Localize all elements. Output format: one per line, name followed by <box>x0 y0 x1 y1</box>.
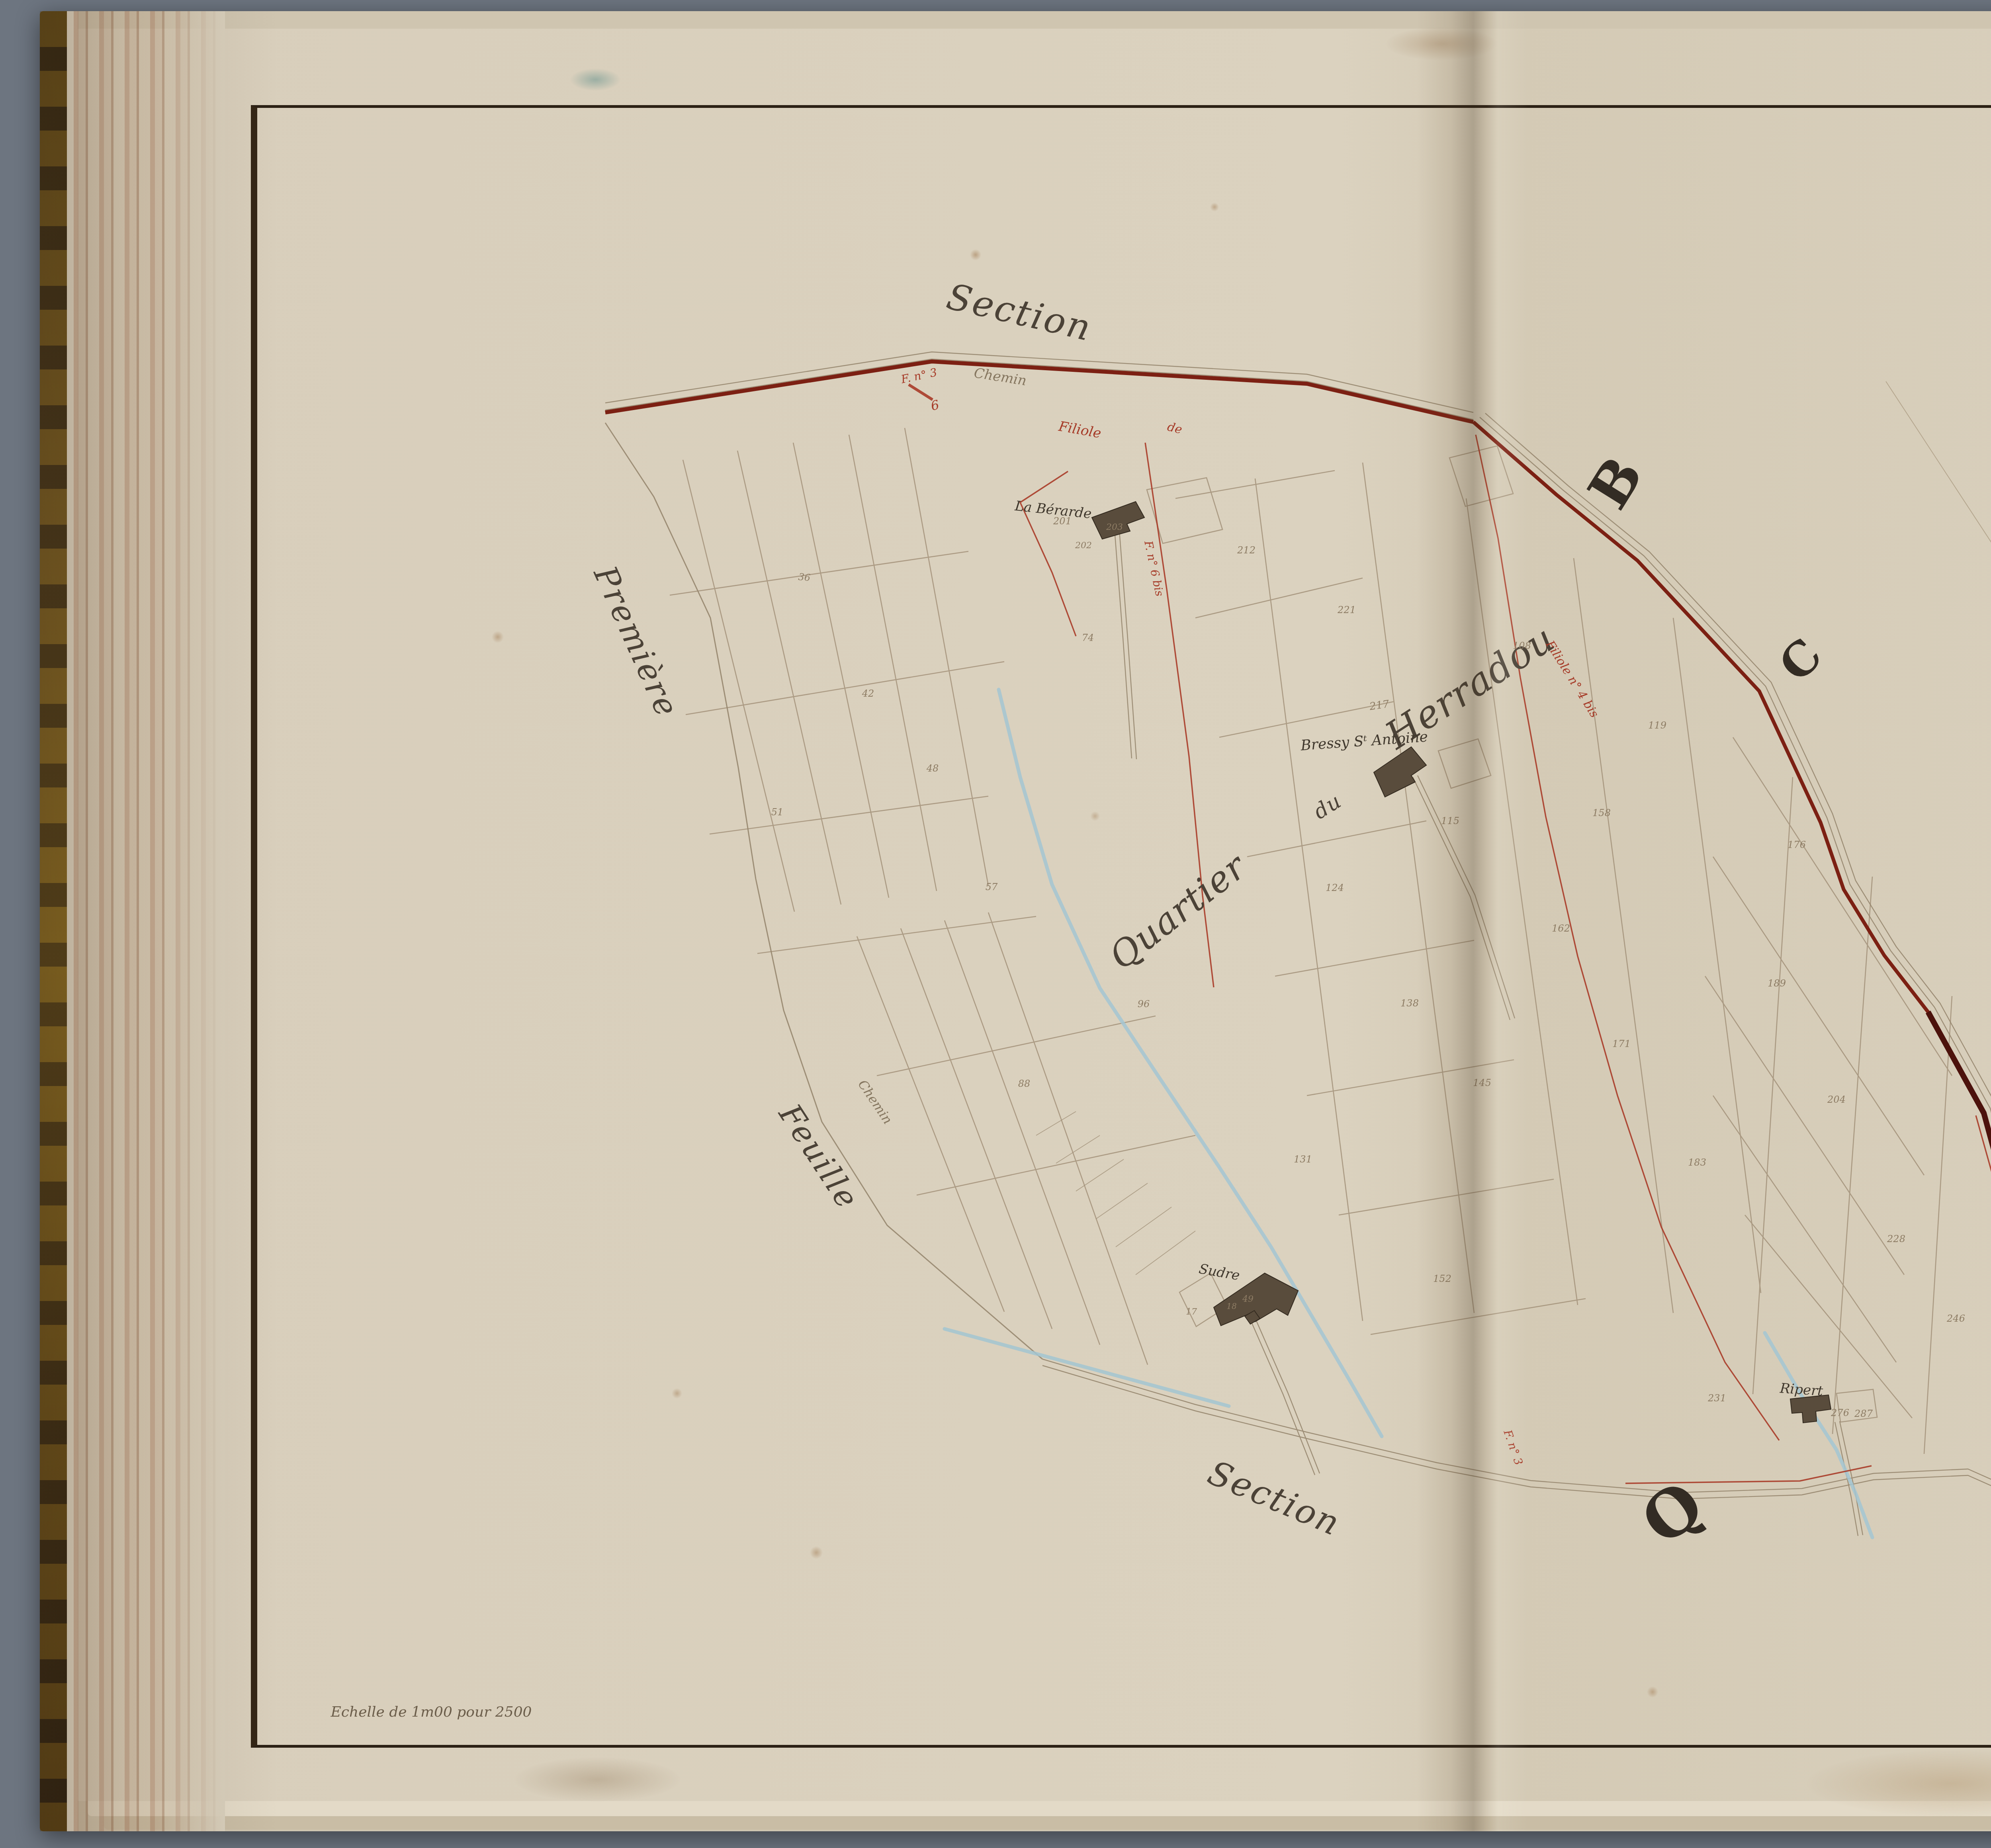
parcel-number: 36 <box>798 571 811 584</box>
parcel-number: 138 <box>1400 998 1419 1009</box>
parcel-number: 246 <box>1947 1313 1965 1324</box>
parcel-number: 49 <box>1242 1294 1254 1304</box>
parcel-number: 221 <box>1338 604 1356 615</box>
parcel-number: 42 <box>862 688 874 699</box>
parcel-number: 231 <box>1708 1393 1726 1404</box>
parcel-number: 145 <box>1473 1077 1491 1088</box>
parcel-number: 18 <box>1226 1301 1236 1311</box>
parcel-number: 119 <box>1648 720 1666 731</box>
scale-note: Echelle de 1m00 pour 2500 <box>331 1704 532 1720</box>
parcel-number: 96 <box>1138 998 1150 1010</box>
place-label-ripert: Ripert <box>1780 1380 1824 1399</box>
parcel-number: 51 <box>771 807 784 818</box>
parcel-number: 202 <box>1075 541 1092 551</box>
parcel-number: 276 <box>1831 1407 1849 1418</box>
parcel-number: 131 <box>1294 1154 1312 1165</box>
parcel-number: 88 <box>1018 1078 1031 1089</box>
parcel-number: 57 <box>986 881 998 893</box>
parcel-number: 228 <box>1887 1233 1905 1244</box>
parcel-number: 203 <box>1106 522 1123 532</box>
parcel-number: 108 <box>1513 640 1531 651</box>
parcel-number: 74 <box>1082 632 1094 643</box>
parcel-number: 171 <box>1612 1038 1631 1049</box>
scanned-atlas-page: Section A de Patrie en 2 Feuilles 2ème F… <box>0 0 1991 1848</box>
parcel-number: 48 <box>927 763 939 774</box>
parcel-number: 115 <box>1441 815 1459 826</box>
parcel-number: 124 <box>1326 882 1344 893</box>
parcel-number: 162 <box>1552 923 1570 934</box>
parcel-number: 201 <box>1053 516 1072 527</box>
parcel-number: 212 <box>1237 545 1256 556</box>
parcel-number: 287 <box>1854 1408 1873 1419</box>
parcel-number: 152 <box>1433 1273 1451 1284</box>
parcel-number: 204 <box>1827 1094 1846 1105</box>
parcel-number: 17 <box>1186 1307 1197 1317</box>
parcel-number: 189 <box>1768 978 1786 989</box>
parcel-number: 158 <box>1592 807 1611 819</box>
parcel-number: 183 <box>1688 1157 1706 1168</box>
map-frame-border <box>251 105 1991 1748</box>
parcel-number: 176 <box>1788 839 1806 850</box>
